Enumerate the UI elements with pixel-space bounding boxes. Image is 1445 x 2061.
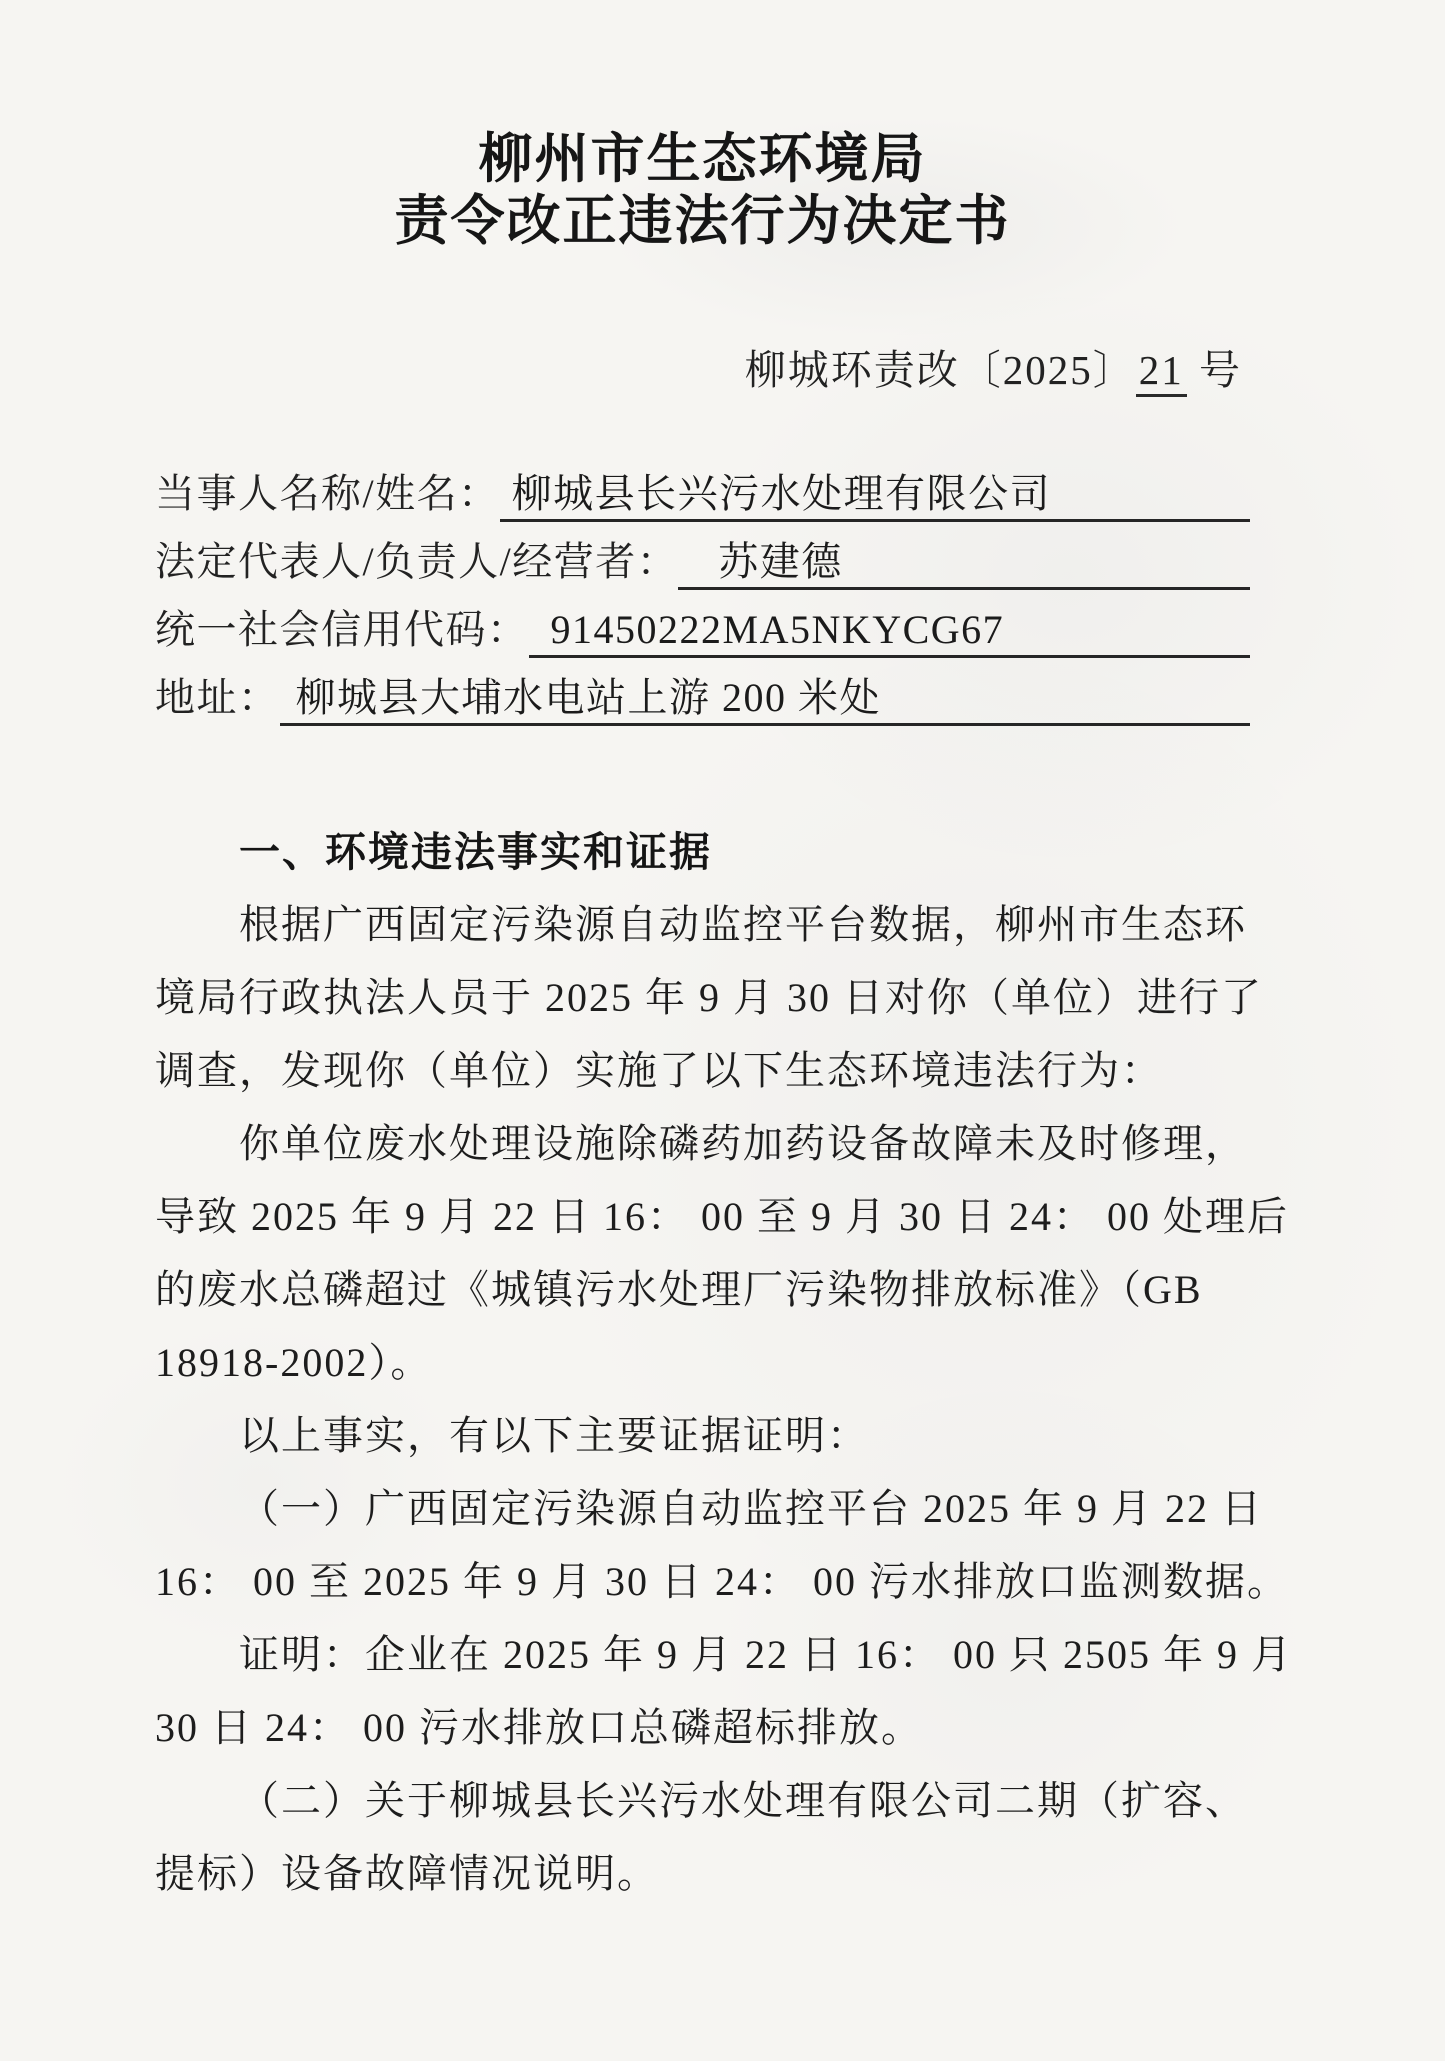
document-number-value: 21 bbox=[1136, 347, 1187, 397]
field-label-address: 地址： bbox=[155, 666, 280, 723]
body-line: 你单位废水处理设施除磷药加药设备故障未及时修理， bbox=[155, 1107, 1250, 1180]
body-line: 证明：企业在 2025 年 9 月 22 日 16： 00 只 2505 年 9… bbox=[155, 1618, 1250, 1691]
document-type-title: 责令改正违法行为决定书 bbox=[155, 190, 1250, 252]
field-row-address: 地址： 柳城县大埔水电站上游 200 米处 bbox=[155, 666, 1250, 734]
document-body: 根据广西固定污染源自动监控平台数据，柳州市生态环 境局行政执法人员于 2025 … bbox=[155, 888, 1250, 1910]
body-line: 的废水总磷超过《城镇污水处理厂污染物排放标准》（GB bbox=[155, 1253, 1250, 1326]
field-value-credit-code: 91450222MA5NKYCG67 bbox=[529, 605, 1251, 658]
field-value-party-name: 柳城县长兴污水处理有限公司 bbox=[500, 469, 1250, 522]
field-label-credit-code: 统一社会信用代码： bbox=[155, 598, 529, 655]
field-row-credit-code: 统一社会信用代码： 91450222MA5NKYCG67 bbox=[155, 598, 1250, 666]
body-line: 提标）设备故障情况说明。 bbox=[155, 1837, 1250, 1910]
field-row-legal-representative: 法定代表人/负责人/经营者： 苏建德 bbox=[155, 530, 1250, 598]
body-line: 30 日 24： 00 污水排放口总磷超标排放。 bbox=[155, 1691, 1250, 1764]
section1-heading: 一、环境违法事实和证据 bbox=[155, 826, 1250, 878]
field-value-legal-representative: 苏建德 bbox=[678, 537, 1250, 590]
field-label-party-name: 当事人名称/姓名： bbox=[155, 462, 500, 519]
document-number-suffix: 号 bbox=[1199, 347, 1242, 393]
body-line: 导致 2025 年 9 月 22 日 16： 00 至 9 月 30 日 24：… bbox=[155, 1180, 1250, 1253]
issuing-authority-title: 柳州市生态环境局 bbox=[155, 128, 1250, 190]
body-line: （二）关于柳城县长兴污水处理有限公司二期（扩容、 bbox=[155, 1764, 1250, 1837]
document-number-prefix: 柳城环责改〔2025〕 bbox=[745, 347, 1136, 393]
body-line: （一）广西固定污染源自动监控平台 2025 年 9 月 22 日 bbox=[155, 1472, 1250, 1545]
body-line: 境局行政执法人员于 2025 年 9 月 30 日对你（单位）进行了 bbox=[155, 961, 1250, 1034]
body-line: 根据广西固定污染源自动监控平台数据，柳州市生态环 bbox=[155, 888, 1250, 961]
party-info-fields: 当事人名称/姓名： 柳城县长兴污水处理有限公司 法定代表人/负责人/经营者： 苏… bbox=[155, 462, 1250, 734]
field-value-address: 柳城县大埔水电站上游 200 米处 bbox=[280, 673, 1251, 726]
body-line: 调查，发现你（单位）实施了以下生态环境违法行为： bbox=[155, 1034, 1250, 1107]
document-header: 柳州市生态环境局 责令改正违法行为决定书 bbox=[155, 128, 1250, 252]
body-line: 18918-2002）。 bbox=[155, 1326, 1250, 1399]
field-row-party-name: 当事人名称/姓名： 柳城县长兴污水处理有限公司 bbox=[155, 462, 1250, 530]
body-line: 16： 00 至 2025 年 9 月 30 日 24： 00 污水排放口监测数… bbox=[155, 1545, 1250, 1618]
document-number: 柳城环责改〔2025〕21 号 bbox=[155, 342, 1250, 398]
document-page: 柳州市生态环境局 责令改正违法行为决定书 柳城环责改〔2025〕21 号 当事人… bbox=[0, 0, 1445, 2061]
field-label-legal-representative: 法定代表人/负责人/经营者： bbox=[155, 530, 678, 587]
body-line: 以上事实，有以下主要证据证明： bbox=[155, 1399, 1250, 1472]
